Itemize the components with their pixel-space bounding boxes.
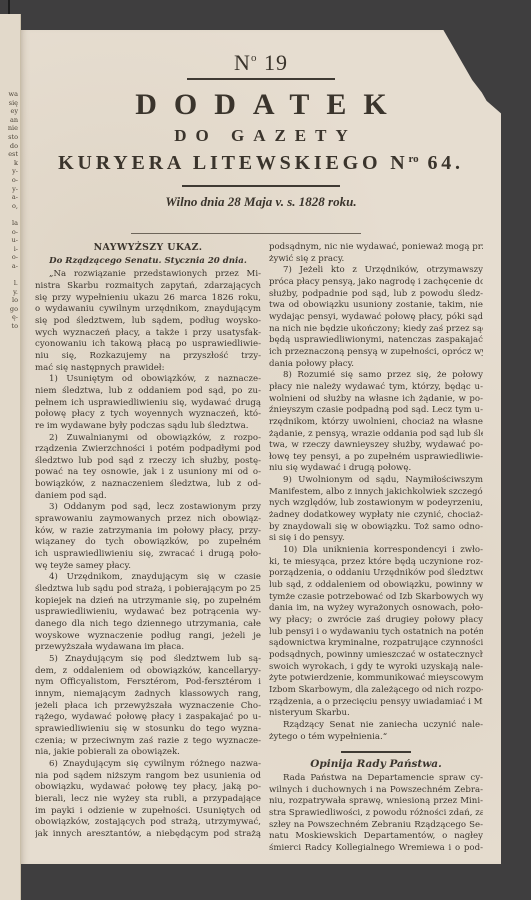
text-line: dem, z oddaleniem od obowiązków, kancell… bbox=[35, 666, 261, 678]
text-line: Izbom Skarbowym, dla zależącego od nich … bbox=[269, 685, 483, 697]
edge-text-fragment: o, bbox=[0, 202, 20, 211]
edge-text-fragment: i- bbox=[0, 245, 20, 254]
text-line: 10) Dla uniknienia korrespondencyi i zwł… bbox=[269, 545, 483, 557]
text-line: by znaydowali się w obowiązku. Toż samo … bbox=[269, 522, 483, 534]
text-line: niu się wydawać i drugą połowę. bbox=[269, 463, 483, 475]
text-line: 6) Znaydującym się cywilnym różnego nazw… bbox=[35, 759, 261, 771]
text-line: pować na tey osnowie, jak i z usuniony m… bbox=[35, 467, 261, 479]
text-line: o wydawaniu cywilnym urzędnikom, znayduj… bbox=[35, 304, 261, 316]
text-line: jeżeli płaca ich przewyższała wyznaczeni… bbox=[35, 701, 261, 713]
text-line: 7) Jeżeli kto z Urzędników, otrzymawszy bbox=[269, 265, 483, 277]
text-line: podsądnych, powinny umieszczać w ostatec… bbox=[269, 650, 483, 662]
edge-text-fragment: o- bbox=[0, 253, 20, 262]
paper-number-sup: ro bbox=[408, 153, 418, 165]
dateline: Wilno dnia 28 Maja v. s. 1828 roku. bbox=[21, 194, 501, 210]
opinion-heading: Opinija Rady Państwa. bbox=[269, 759, 483, 771]
text-line: śledztwo lub pod sąd z rzeczy ich służby… bbox=[35, 456, 261, 468]
right-column-body: podsądnym, nic nie wydawać, ponieważ mog… bbox=[269, 242, 483, 743]
text-line: 3) Oddanym pod sąd, lecz zostawionym prz… bbox=[35, 502, 261, 514]
text-line: pełnem ich usprawiedliwieniu się, wydawa… bbox=[35, 398, 261, 410]
edge-text-fragment: est bbox=[0, 150, 20, 159]
text-line: ki, te miesyąca, przez które będą uczyni… bbox=[269, 557, 483, 569]
issue-number-sup: o bbox=[251, 52, 258, 64]
text-line: bierali, lecz nie wyżey sta rubli, a prz… bbox=[35, 794, 261, 806]
text-line: się pod śledztwem, lub sądem, podług woy… bbox=[35, 316, 261, 328]
text-line: cyonowaniu ich takową płacą po usprawied… bbox=[35, 339, 261, 351]
edge-text-fragment: la bbox=[0, 219, 20, 228]
edge-text-fragment: ey bbox=[0, 107, 20, 116]
edge-text-fragment: wa bbox=[0, 90, 20, 99]
masthead: No 19 DODATEK DO GAZETY KURYERA LITEWSKI… bbox=[21, 50, 501, 210]
text-line: próca płacy pensyą, jako nagrodę i zachę… bbox=[269, 277, 483, 289]
text-line: Rządzący Senat nie zaniecha uczynić nale… bbox=[269, 720, 483, 732]
text-line: sądownictwa kryminalne, rozpatrujące czy… bbox=[269, 638, 483, 650]
text-line: rządzenia, a o przecięciu pensyy uwiadam… bbox=[269, 697, 483, 709]
edge-text-fragment: u- bbox=[0, 236, 20, 245]
edge-text-fragment: y- bbox=[0, 185, 20, 194]
text-line: służby, podpadnie pod sąd, lub z powodu … bbox=[269, 289, 483, 301]
text-line: dania połowy płacy. bbox=[269, 359, 483, 371]
text-line: porządzenia, o oddaniu Urzędników pod śl… bbox=[269, 568, 483, 580]
edge-text-fragment bbox=[0, 270, 20, 279]
text-line: żytego o tém wypełnienia.“ bbox=[269, 732, 483, 744]
text-line: dania im, na wyżey wyrażonych osnowach, … bbox=[269, 603, 483, 615]
paper-name: KURYERA LITEWSKIEGO bbox=[58, 152, 381, 174]
text-line: niu, rozpatrywała sprawę, wniesioną prze… bbox=[269, 796, 483, 808]
left-column: NAYWYŻSZY UKAZ. Do Rządzącego Senatu. St… bbox=[35, 242, 261, 840]
text-line: sprawowaniu zaymowanych przez nich obowi… bbox=[35, 514, 261, 526]
title-main: DODATEK bbox=[21, 88, 501, 122]
edge-text-fragment: an bbox=[0, 116, 20, 125]
opinion-body: Rada Państwa na Departamencie spraw cy-w… bbox=[269, 773, 483, 855]
masthead-rule-bottom bbox=[182, 185, 340, 187]
text-line: twa, w rzeczy dawnieyszey służby, wydawa… bbox=[269, 440, 483, 452]
text-line: czenia; w przeciwnym zaś razie z tego wy… bbox=[35, 736, 261, 748]
edge-text-fragment: l. bbox=[0, 279, 20, 288]
text-line: wych wyznaczeń płacy, a także i przy usa… bbox=[35, 328, 261, 340]
text-line: si się i do pensyy. bbox=[269, 533, 483, 545]
text-line: nistra Skarbu rozmaitych zapytań, zdarza… bbox=[35, 281, 261, 293]
text-line: się przy wypełnieniu ukazu 26 marca 1826… bbox=[35, 293, 261, 305]
text-line: 1) Usuniętym od obowiązków, z naznacze- bbox=[35, 374, 261, 386]
text-line: 2) Zuwalnianymi od obowiązków, z rozpo- bbox=[35, 433, 261, 445]
text-line: śledztwa lub sądu pod strażą, i pobieraj… bbox=[35, 584, 261, 596]
edge-text-fragment: go bbox=[0, 305, 20, 314]
text-line: żadney dodatkowey wypłaty nie czynić, ch… bbox=[269, 510, 483, 522]
text-line: woyskowe wyznaczenie podług rangi, jeżel… bbox=[35, 631, 261, 643]
text-line: żądanie, z pensyą, wrazie oddania pod są… bbox=[269, 429, 483, 441]
text-line: lub sąd, z oddaleniem od obowiązku, powi… bbox=[269, 580, 483, 592]
masthead-rule-top bbox=[187, 78, 335, 80]
text-line: lub pensyi i o wydawaniu tych ostatnich … bbox=[269, 627, 483, 639]
text-line: wydając pensyi, wydawać połowę płacy, pó… bbox=[269, 312, 483, 324]
text-line: kopiejek na dzień na utrzymanie się, po … bbox=[35, 596, 261, 608]
text-line: szłey na Powszechném Zebraniu Rządzącego… bbox=[269, 820, 483, 832]
text-line: Manifestem, albo z innych jakichkolwiek … bbox=[269, 487, 483, 499]
edge-text-fragment: a- bbox=[0, 262, 20, 271]
section-subheading: Do Rządzącego Senatu. Stycznia 20 dnia. bbox=[35, 256, 261, 268]
text-line: 8) Rozumié się samo przez się, że połowy bbox=[269, 370, 483, 382]
edge-text-fragment: y- bbox=[0, 167, 20, 176]
text-line: re im wydawane były podczas sądu lub śle… bbox=[35, 421, 261, 433]
text-line: usprawiedliwieniu, wydawać bez potrąceni… bbox=[35, 607, 261, 619]
text-line: ków, w razie zatrzymania im połowy płacy… bbox=[35, 526, 261, 538]
text-line: danego dla nich tego dziennego utrzymani… bbox=[35, 619, 261, 631]
text-line: nym Officyalistom, Fersztérom, Pod-fersz… bbox=[35, 677, 261, 689]
edge-text-fragment: k bbox=[0, 159, 20, 168]
edge-text-fragment: o- bbox=[0, 228, 20, 237]
paper-number-prefix: N bbox=[390, 152, 408, 174]
text-line: rzędnikom, którzy uwolnieni, chociaż na … bbox=[269, 417, 483, 429]
text-line: niem śledztwa, lub z oddaniem pod sąd, p… bbox=[35, 386, 261, 398]
title-paper: KURYERA LITEWSKIEGO Nro 64. bbox=[21, 152, 501, 175]
text-line: jak innych aresztantów, a niebędącym pod… bbox=[35, 829, 261, 841]
text-line: śmierci Radcy Kollegialnego Wremiewa i o… bbox=[269, 843, 483, 855]
text-line: obowiązków, zostających pod strażą, utrz… bbox=[35, 817, 261, 829]
right-column: podsądnym, nic nie wydawać, ponieważ mog… bbox=[269, 242, 483, 854]
text-line: przewyższała wydawana im płaca. bbox=[35, 642, 261, 654]
text-line: natu Moskiewskich Departamentów, o nagłe… bbox=[269, 831, 483, 843]
issue-number: No 19 bbox=[21, 50, 501, 76]
strip-spacer bbox=[0, 14, 20, 90]
paper-number: 64. bbox=[427, 152, 463, 174]
edge-text-fragment: a- bbox=[0, 193, 20, 202]
newspaper-page: No 19 DODATEK DO GAZETY KURYERA LITEWSKI… bbox=[21, 30, 501, 864]
text-line: będą usprawiedliwionymi, natenczas zaspa… bbox=[269, 335, 483, 347]
header-divider bbox=[131, 233, 361, 234]
text-line: żywić się z pracy. bbox=[269, 254, 483, 266]
previous-page-text-fragments: wasięeyanniestodoestky-o-y-a-o, lao-u-i-… bbox=[0, 14, 20, 331]
text-line: nia pod sądem niższym rangom bez usunien… bbox=[35, 771, 261, 783]
text-line: rążego, wydawać połowę płacy i zaspakaja… bbox=[35, 712, 261, 724]
text-line: daniem pod sąd. bbox=[35, 491, 261, 503]
text-line: wilnych i duchownych i na Powszechném Ze… bbox=[269, 785, 483, 797]
left-column-body: „Na rozwiązanie przedstawionych przez Mi… bbox=[35, 269, 261, 840]
text-line: ich usprawiedliwieniu się, zwracać i dru… bbox=[35, 549, 261, 561]
text-line: 5) Znaydującym się pod śledztwem lub są- bbox=[35, 654, 261, 666]
text-line: nych względów, lub zostawionym w podeyrz… bbox=[269, 498, 483, 510]
text-line: źnieyszym czasie podpadną pod sąd. Lecz … bbox=[269, 405, 483, 417]
issue-number-prefix: N bbox=[234, 50, 251, 75]
section-divider bbox=[341, 751, 411, 753]
text-line: podsądnym, nic nie wydawać, ponieważ mog… bbox=[269, 242, 483, 254]
edge-text-fragment: to bbox=[0, 322, 20, 331]
text-line: swoich wyrokach, i gdy te wyroki uzyskaj… bbox=[269, 662, 483, 674]
text-line: 9) Uwolnionym od sądu, Naymiłościwszym bbox=[269, 475, 483, 487]
text-line: bowiązków, z naznaczeniem śledztwa, lub … bbox=[35, 479, 261, 491]
edge-text-fragment: sto bbox=[0, 133, 20, 142]
text-line: żyte potwierdzenie, kommunikować mieysco… bbox=[269, 673, 483, 685]
text-line: 4) Urzędnikom, znaydującym się w czasie bbox=[35, 572, 261, 584]
edge-text-fragment: y. bbox=[0, 288, 20, 297]
text-line: mać się następnych prawideł: bbox=[35, 363, 261, 375]
edge-text-fragment: o- bbox=[0, 176, 20, 185]
text-line: „Na rozwiązanie przedstawionych przez Mi… bbox=[35, 269, 261, 281]
text-line: nia, jakie pobierali za obowiązek. bbox=[35, 747, 261, 759]
text-line: na nich nie będzie ukończony; kiedy zaś … bbox=[269, 324, 483, 336]
text-line: nisteryum Skarbu. bbox=[269, 708, 483, 720]
text-line: rządzenia Zwierzchności i potém podpadły… bbox=[35, 444, 261, 456]
text-line: im payki i odzienie w zupełności. Usunię… bbox=[35, 806, 261, 818]
text-line: łowę tey pensyi, a po zupełném usprawied… bbox=[269, 452, 483, 464]
title-sub: DO GAZETY bbox=[21, 126, 501, 146]
previous-page-edge: wasięeyanniestodoestky-o-y-a-o, lao-u-i-… bbox=[0, 14, 21, 900]
text-line: wiązaney do tych obowiązków, po zupełném bbox=[35, 537, 261, 549]
text-line: stra Sprawiedliwości, z powodu różności … bbox=[269, 808, 483, 820]
text-line: obowiązku, wydawać połowę tey płacy, jak… bbox=[35, 782, 261, 794]
edge-text-fragment: lo bbox=[0, 296, 20, 305]
edge-text-fragment: się bbox=[0, 99, 20, 108]
edge-text-fragment bbox=[0, 210, 20, 219]
text-line: niu się, Rozkazujemy na przyszłość trzy- bbox=[35, 351, 261, 363]
text-line: tymże czasie potrzebować od Izb Skarbowy… bbox=[269, 592, 483, 604]
edge-text-fragment: ę- bbox=[0, 313, 20, 322]
text-line: twa od obowiązku usuniony zostanie, taki… bbox=[269, 300, 483, 312]
text-line: sprawiedliwieniu się w stosunku do tego … bbox=[35, 724, 261, 736]
text-line: ich przeznaczoną pensyą w zupełności, op… bbox=[269, 347, 483, 359]
text-line: wę teyże samey płacy. bbox=[35, 561, 261, 573]
edge-text-fragment: do bbox=[0, 142, 20, 151]
section-heading: NAYWYŻSZY UKAZ. bbox=[35, 242, 261, 254]
text-line: wolnieni od służby na własne ich żądanie… bbox=[269, 394, 483, 406]
text-line: innym, niemającym żadnych klassowych ran… bbox=[35, 689, 261, 701]
edge-text-fragment: nie bbox=[0, 124, 20, 133]
text-line: wy płacy; o zwrócie zaś drugiey połowy p… bbox=[269, 615, 483, 627]
text-line: połowę płacy z tych woyennych wyznaczeń,… bbox=[35, 409, 261, 421]
text-line: Rada Państwa na Departamencie spraw cy- bbox=[269, 773, 483, 785]
text-line: płacy nie należy wydawać tym, którzy, bę… bbox=[269, 382, 483, 394]
issue-number-value: 19 bbox=[264, 50, 288, 75]
